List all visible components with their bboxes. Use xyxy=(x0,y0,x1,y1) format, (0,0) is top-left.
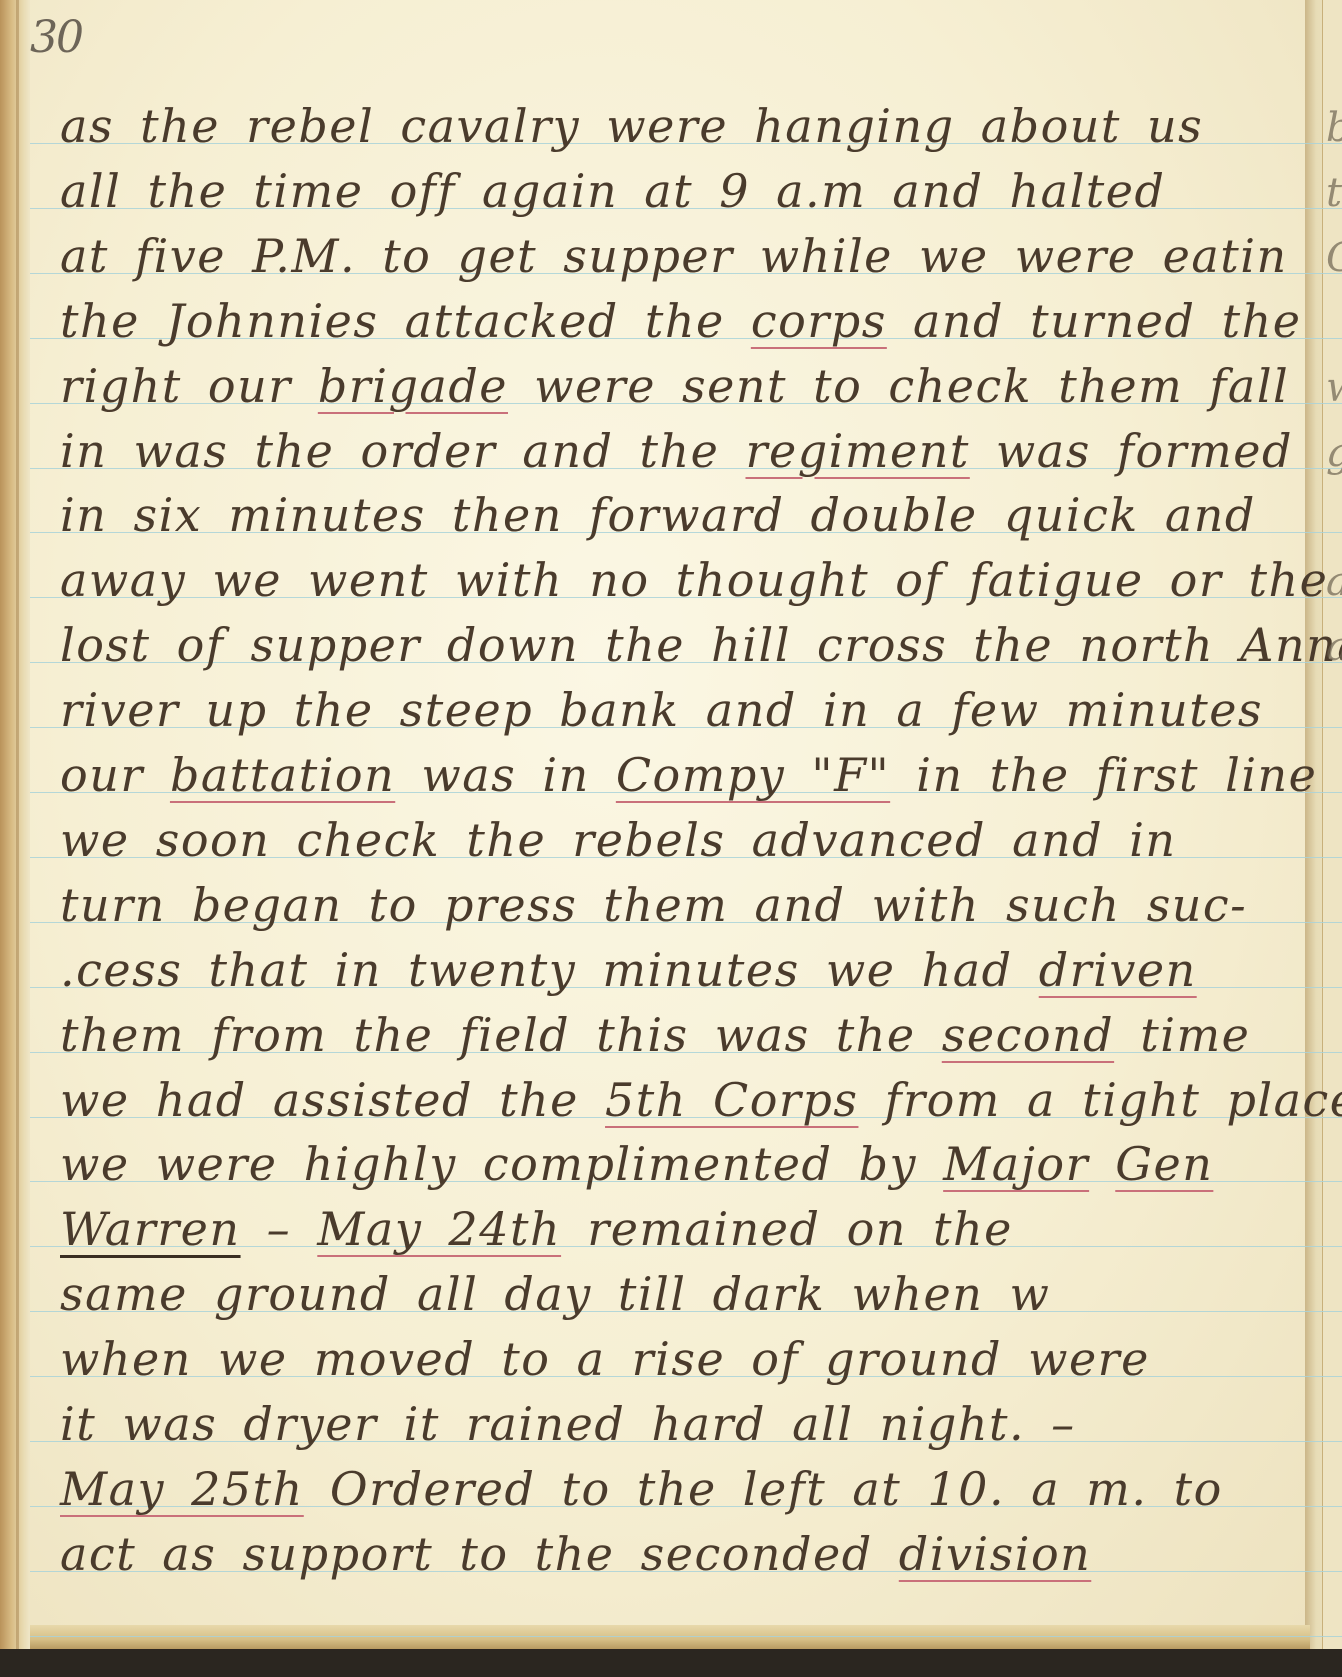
text-line: .cess that in twenty minutes we had driv… xyxy=(60,947,1330,993)
text-line: when we moved to a rise of ground were xyxy=(60,1336,1330,1382)
text-line: we soon check the rebels advanced and in xyxy=(60,817,1330,863)
underlined-word: Major xyxy=(943,1137,1089,1191)
page-bottom-edge xyxy=(30,1625,1310,1649)
book-cover-bottom xyxy=(0,1649,1342,1677)
text-segment: we had assisted the xyxy=(60,1073,605,1127)
text-line: we were highly complimented by Major Gen xyxy=(60,1141,1330,1187)
text-segment: were sent to check them fall xyxy=(508,359,1289,413)
underlined-word: Compy "F" xyxy=(616,748,890,802)
underlined-word: division xyxy=(899,1527,1092,1581)
facing-page-fragment: to xyxy=(1326,170,1342,216)
text-line: away we went with no thought of fatigue … xyxy=(60,557,1330,603)
text-line: lost of supper down the hill cross the n… xyxy=(60,622,1330,668)
text-line: river up the steep bank and in a few min… xyxy=(60,687,1330,733)
text-segment xyxy=(1089,1137,1115,1191)
text-segment: at five P.M. to get supper while we were… xyxy=(60,229,1288,283)
underlined-word: regiment xyxy=(745,424,969,478)
facing-page-fragment: w xyxy=(1326,365,1342,411)
ruled-line xyxy=(30,1636,1342,1637)
text-segment: all the time off again at 9 a.m and halt… xyxy=(60,164,1165,218)
text-segment: right our xyxy=(60,359,318,413)
underlined-word: driven xyxy=(1039,943,1197,997)
text-segment: in six minutes then forward double quick… xyxy=(60,488,1256,542)
text-line: turn began to press them and with such s… xyxy=(60,882,1330,928)
text-line: act as support to the seconded division xyxy=(60,1531,1330,1577)
text-line: our battation was in Compy "F" in the fi… xyxy=(60,752,1330,798)
underlined-word: Gen xyxy=(1115,1137,1213,1191)
text-line: in six minutes then forward double quick… xyxy=(60,492,1330,538)
text-segment: turn began to press them and with such s… xyxy=(60,878,1247,932)
facing-page-fragment: a xyxy=(1326,559,1342,605)
facing-page-fragment: g xyxy=(1326,430,1342,476)
text-segment: from a tight place xyxy=(858,1073,1342,1127)
text-segment: was in xyxy=(395,748,616,802)
text-segment: it was dryer it rained hard all night. – xyxy=(60,1397,1076,1451)
text-line: at five P.M. to get supper while we were… xyxy=(60,233,1330,279)
text-segment: in was the order and the xyxy=(60,424,745,478)
text-line: Warren – May 24th remained on the xyxy=(60,1206,1330,1252)
underlined-word: May 24th xyxy=(317,1202,561,1256)
facing-page-fragment: b xyxy=(1326,105,1342,151)
text-line: May 25th Ordered to the left at 10. a m.… xyxy=(60,1466,1330,1512)
underlined-name: Warren xyxy=(60,1202,241,1256)
underlined-word: corps xyxy=(751,294,887,348)
text-segment: .cess that in twenty minutes we had xyxy=(60,943,1039,997)
text-segment: our xyxy=(60,748,170,802)
text-segment: – xyxy=(241,1202,318,1256)
text-line: them from the field this was the second … xyxy=(60,1012,1330,1058)
text-line: the Johnnies attacked the corps and turn… xyxy=(60,298,1330,344)
text-segment: same ground all day till dark when w xyxy=(60,1267,1050,1321)
text-segment: was formed xyxy=(970,424,1293,478)
page-number: 30 xyxy=(30,12,82,63)
text-line: as the rebel cavalry were hanging about … xyxy=(60,103,1330,149)
text-segment: as the rebel cavalry were hanging about … xyxy=(60,99,1203,153)
text-segment: remained on the xyxy=(561,1202,1013,1256)
text-line: all the time off again at 9 a.m and halt… xyxy=(60,168,1330,214)
text-segment: act as support to the seconded xyxy=(60,1527,899,1581)
text-segment: river up the steep bank and in a few min… xyxy=(60,683,1263,737)
underlined-word: brigade xyxy=(318,359,508,413)
text-line: in was the order and the regiment was fo… xyxy=(60,428,1330,474)
text-segment: we were highly complimented by xyxy=(60,1137,943,1191)
text-segment: away we went with no thought of fatigue … xyxy=(60,553,1328,607)
facing-page-fragment: C xyxy=(1326,235,1342,281)
underlined-word: battation xyxy=(170,748,395,802)
text-segment: them from the field this was the xyxy=(60,1008,942,1062)
underlined-word: second xyxy=(942,1008,1114,1062)
text-segment: Ordered to the left at 10. a m. to xyxy=(304,1462,1223,1516)
text-segment: in the first line xyxy=(890,748,1317,802)
text-line: same ground all day till dark when w xyxy=(60,1271,1330,1317)
text-segment: time xyxy=(1114,1008,1250,1062)
text-segment: and turned the xyxy=(887,294,1302,348)
book-binding-edge xyxy=(0,0,30,1677)
text-segment: lost of supper down the hill cross the n… xyxy=(60,618,1342,672)
text-segment: when we moved to a rise of ground were xyxy=(60,1332,1150,1386)
text-line: right our brigade were sent to check the… xyxy=(60,363,1330,409)
underlined-word: May 25th xyxy=(60,1462,304,1516)
text-line: it was dryer it rained hard all night. – xyxy=(60,1401,1330,1447)
text-line: we had assisted the 5th Corps from a tig… xyxy=(60,1077,1330,1123)
text-segment: we soon check the rebels advanced and in xyxy=(60,813,1177,867)
facing-page-fragment: a xyxy=(1326,624,1342,670)
text-segment: the Johnnies attacked the xyxy=(60,294,751,348)
diary-scan: 30 as the rebel cavalry were hanging abo… xyxy=(0,0,1342,1677)
underlined-word: 5th Corps xyxy=(605,1073,858,1127)
